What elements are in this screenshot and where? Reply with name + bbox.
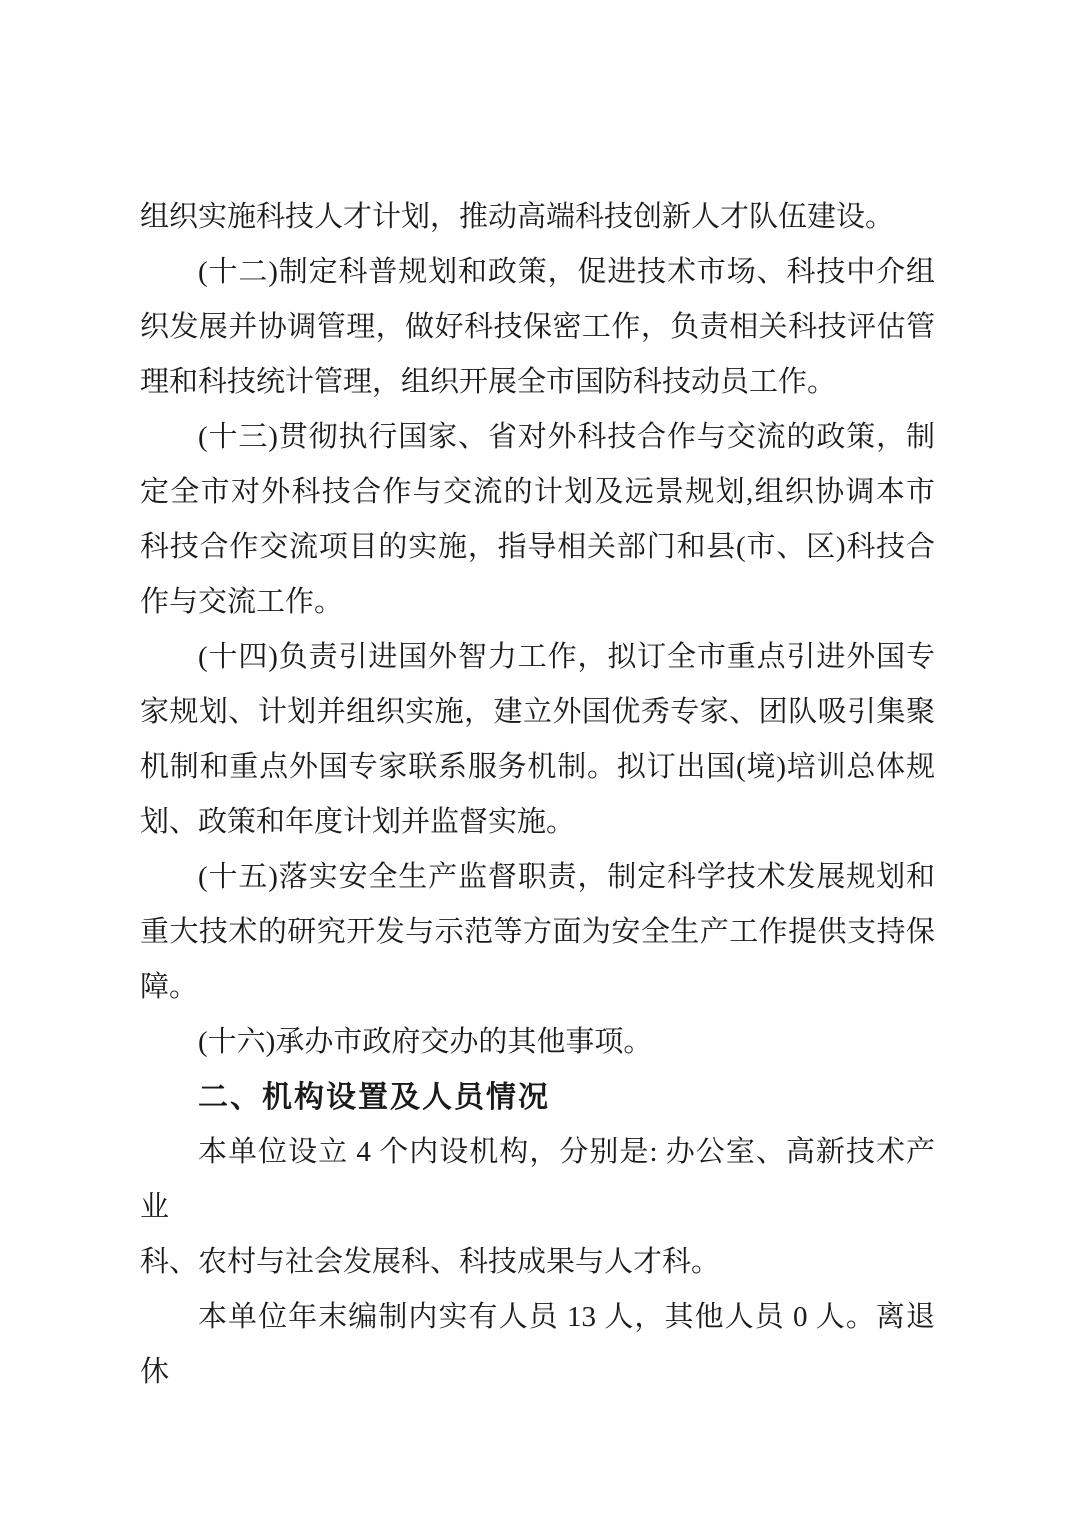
para-staffing: 本单位年末编制内实有人员 13 人，其他人员 0 人。离退休: [140, 1290, 935, 1400]
text-line: 科技合作交流项目的实施，指导相关部门和县(市、区)科技合: [140, 520, 935, 575]
text-line: 理和科技统计管理，组织开展全市国防科技动员工作。: [140, 355, 935, 410]
section-heading: 二、机构设置及人员情况: [140, 1070, 935, 1125]
text-line: 本单位设立 4 个内设机构，分别是: 办公室、高新技术产业: [140, 1125, 935, 1235]
text-line: (十四)负责引进国外智力工作，拟订全市重点引进外国专: [140, 630, 935, 685]
text-line: 机制和重点外国专家联系服务机制。拟订出国(境)培训总体规: [140, 740, 935, 795]
text-line: 划、政策和年度计划并监督实施。: [140, 795, 935, 850]
text-line: 作与交流工作。: [140, 575, 935, 630]
document-page: 组织实施科技人才计划，推动高端科技创新人才队伍建设。(十二)制定科普规划和政策，…: [0, 0, 1074, 1520]
text-line: 障。: [140, 960, 935, 1015]
heading-section2: 二、机构设置及人员情况: [140, 1070, 935, 1125]
document-content: 组织实施科技人才计划，推动高端科技创新人才队伍建设。(十二)制定科普规划和政策，…: [140, 190, 935, 1400]
text-line: 定全市对外科技合作与交流的计划及远景规划,组织协调本市: [140, 465, 935, 520]
text-line: 本单位年末编制内实有人员 13 人，其他人员 0 人。离退休: [140, 1290, 935, 1400]
text-line: 家规划、计划并组织实施，建立外国优秀专家、团队吸引集聚: [140, 685, 935, 740]
text-line: (十三)贯彻执行国家、省对外科技合作与交流的政策，制: [140, 410, 935, 465]
text-line: 组织实施科技人才计划，推动高端科技创新人才队伍建设。: [140, 190, 935, 245]
para-org-structure: 本单位设立 4 个内设机构，分别是: 办公室、高新技术产业科、农村与社会发展科、…: [140, 1125, 935, 1290]
text-line: 科、农村与社会发展科、科技成果与人才科。: [140, 1235, 935, 1290]
para-item16: (十六)承办市政府交办的其他事项。: [140, 1015, 935, 1070]
text-line: (十六)承办市政府交办的其他事项。: [140, 1015, 935, 1070]
para-item14: (十四)负责引进国外智力工作，拟订全市重点引进外国专家规划、计划并组织实施，建立…: [140, 630, 935, 850]
text-line: (十二)制定科普规划和政策，促进技术市场、科技中介组: [140, 245, 935, 300]
para-item11-tail: 组织实施科技人才计划，推动高端科技创新人才队伍建设。: [140, 190, 935, 245]
para-item13: (十三)贯彻执行国家、省对外科技合作与交流的政策，制定全市对外科技合作与交流的计…: [140, 410, 935, 630]
text-line: 重大技术的研究开发与示范等方面为安全生产工作提供支持保: [140, 905, 935, 960]
text-line: (十五)落实安全生产监督职责，制定科学技术发展规划和: [140, 850, 935, 905]
para-item15: (十五)落实安全生产监督职责，制定科学技术发展规划和重大技术的研究开发与示范等方…: [140, 850, 935, 1015]
para-item12: (十二)制定科普规划和政策，促进技术市场、科技中介组织发展并协调管理，做好科技保…: [140, 245, 935, 410]
text-line: 织发展并协调管理，做好科技保密工作，负责相关科技评估管: [140, 300, 935, 355]
